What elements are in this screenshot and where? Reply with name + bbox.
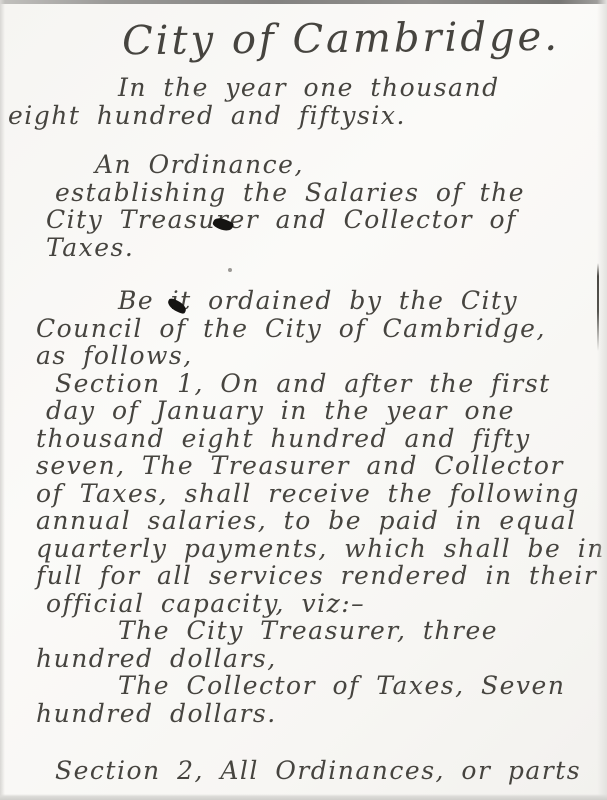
document-title: City of Cambridge. — [105, 8, 578, 71]
document-body: In the year one thousand eight hundred a… — [0, 74, 607, 785]
handwritten-line: The Collector of Taxes, Seven — [118, 672, 607, 700]
handwritten-line: full for all services rendered in their — [36, 562, 607, 590]
handwritten-line: of Taxes, shall receive the following — [36, 480, 607, 508]
handwritten-line: annual salaries, to be paid in equal — [36, 507, 607, 535]
handwritten-line: City Treasurer and Collector of — [46, 206, 607, 234]
paper-speck — [196, 93, 199, 96]
handwritten-line: thousand eight hundred and fifty — [36, 425, 607, 453]
handwritten-line: Taxes. — [46, 234, 607, 262]
handwritten-line: establishing the Salaries of the — [55, 179, 607, 207]
handwritten-line: official capacity, viz:– — [46, 590, 607, 618]
handwritten-line: as follows, — [36, 342, 607, 370]
handwritten-line: quarterly payments, which shall be in — [36, 535, 607, 563]
handwritten-line: hundred dollars. — [36, 700, 607, 728]
handwritten-line: Council of the City of Cambridge, — [36, 315, 607, 343]
scan-edge-right — [597, 0, 607, 800]
scan-edge-top — [0, 0, 607, 4]
handwritten-line: Be it ordained by the City — [118, 287, 607, 315]
handwritten-line: day of January in the year one — [46, 397, 607, 425]
handwritten-line: hundred dollars, — [36, 645, 607, 673]
handwritten-line: eight hundred and fiftysix. — [8, 102, 607, 130]
handwritten-line: Section 1, On and after the first — [55, 370, 607, 398]
paper-speck — [228, 268, 232, 272]
scan-edge-left — [0, 0, 5, 800]
handwritten-line: The City Treasurer, three — [118, 617, 607, 645]
page-crease — [597, 263, 599, 351]
handwritten-line: In the year one thousand — [118, 74, 607, 102]
handwritten-line: Section 2, All Ordinances, or parts — [55, 757, 607, 785]
handwritten-line: An Ordinance, — [95, 151, 607, 179]
scan-edge-bottom — [0, 794, 607, 800]
scanned-manuscript-page: City of Cambridge. In the year one thous… — [0, 0, 607, 800]
handwritten-line: seven, The Treasurer and Collector — [36, 452, 607, 480]
